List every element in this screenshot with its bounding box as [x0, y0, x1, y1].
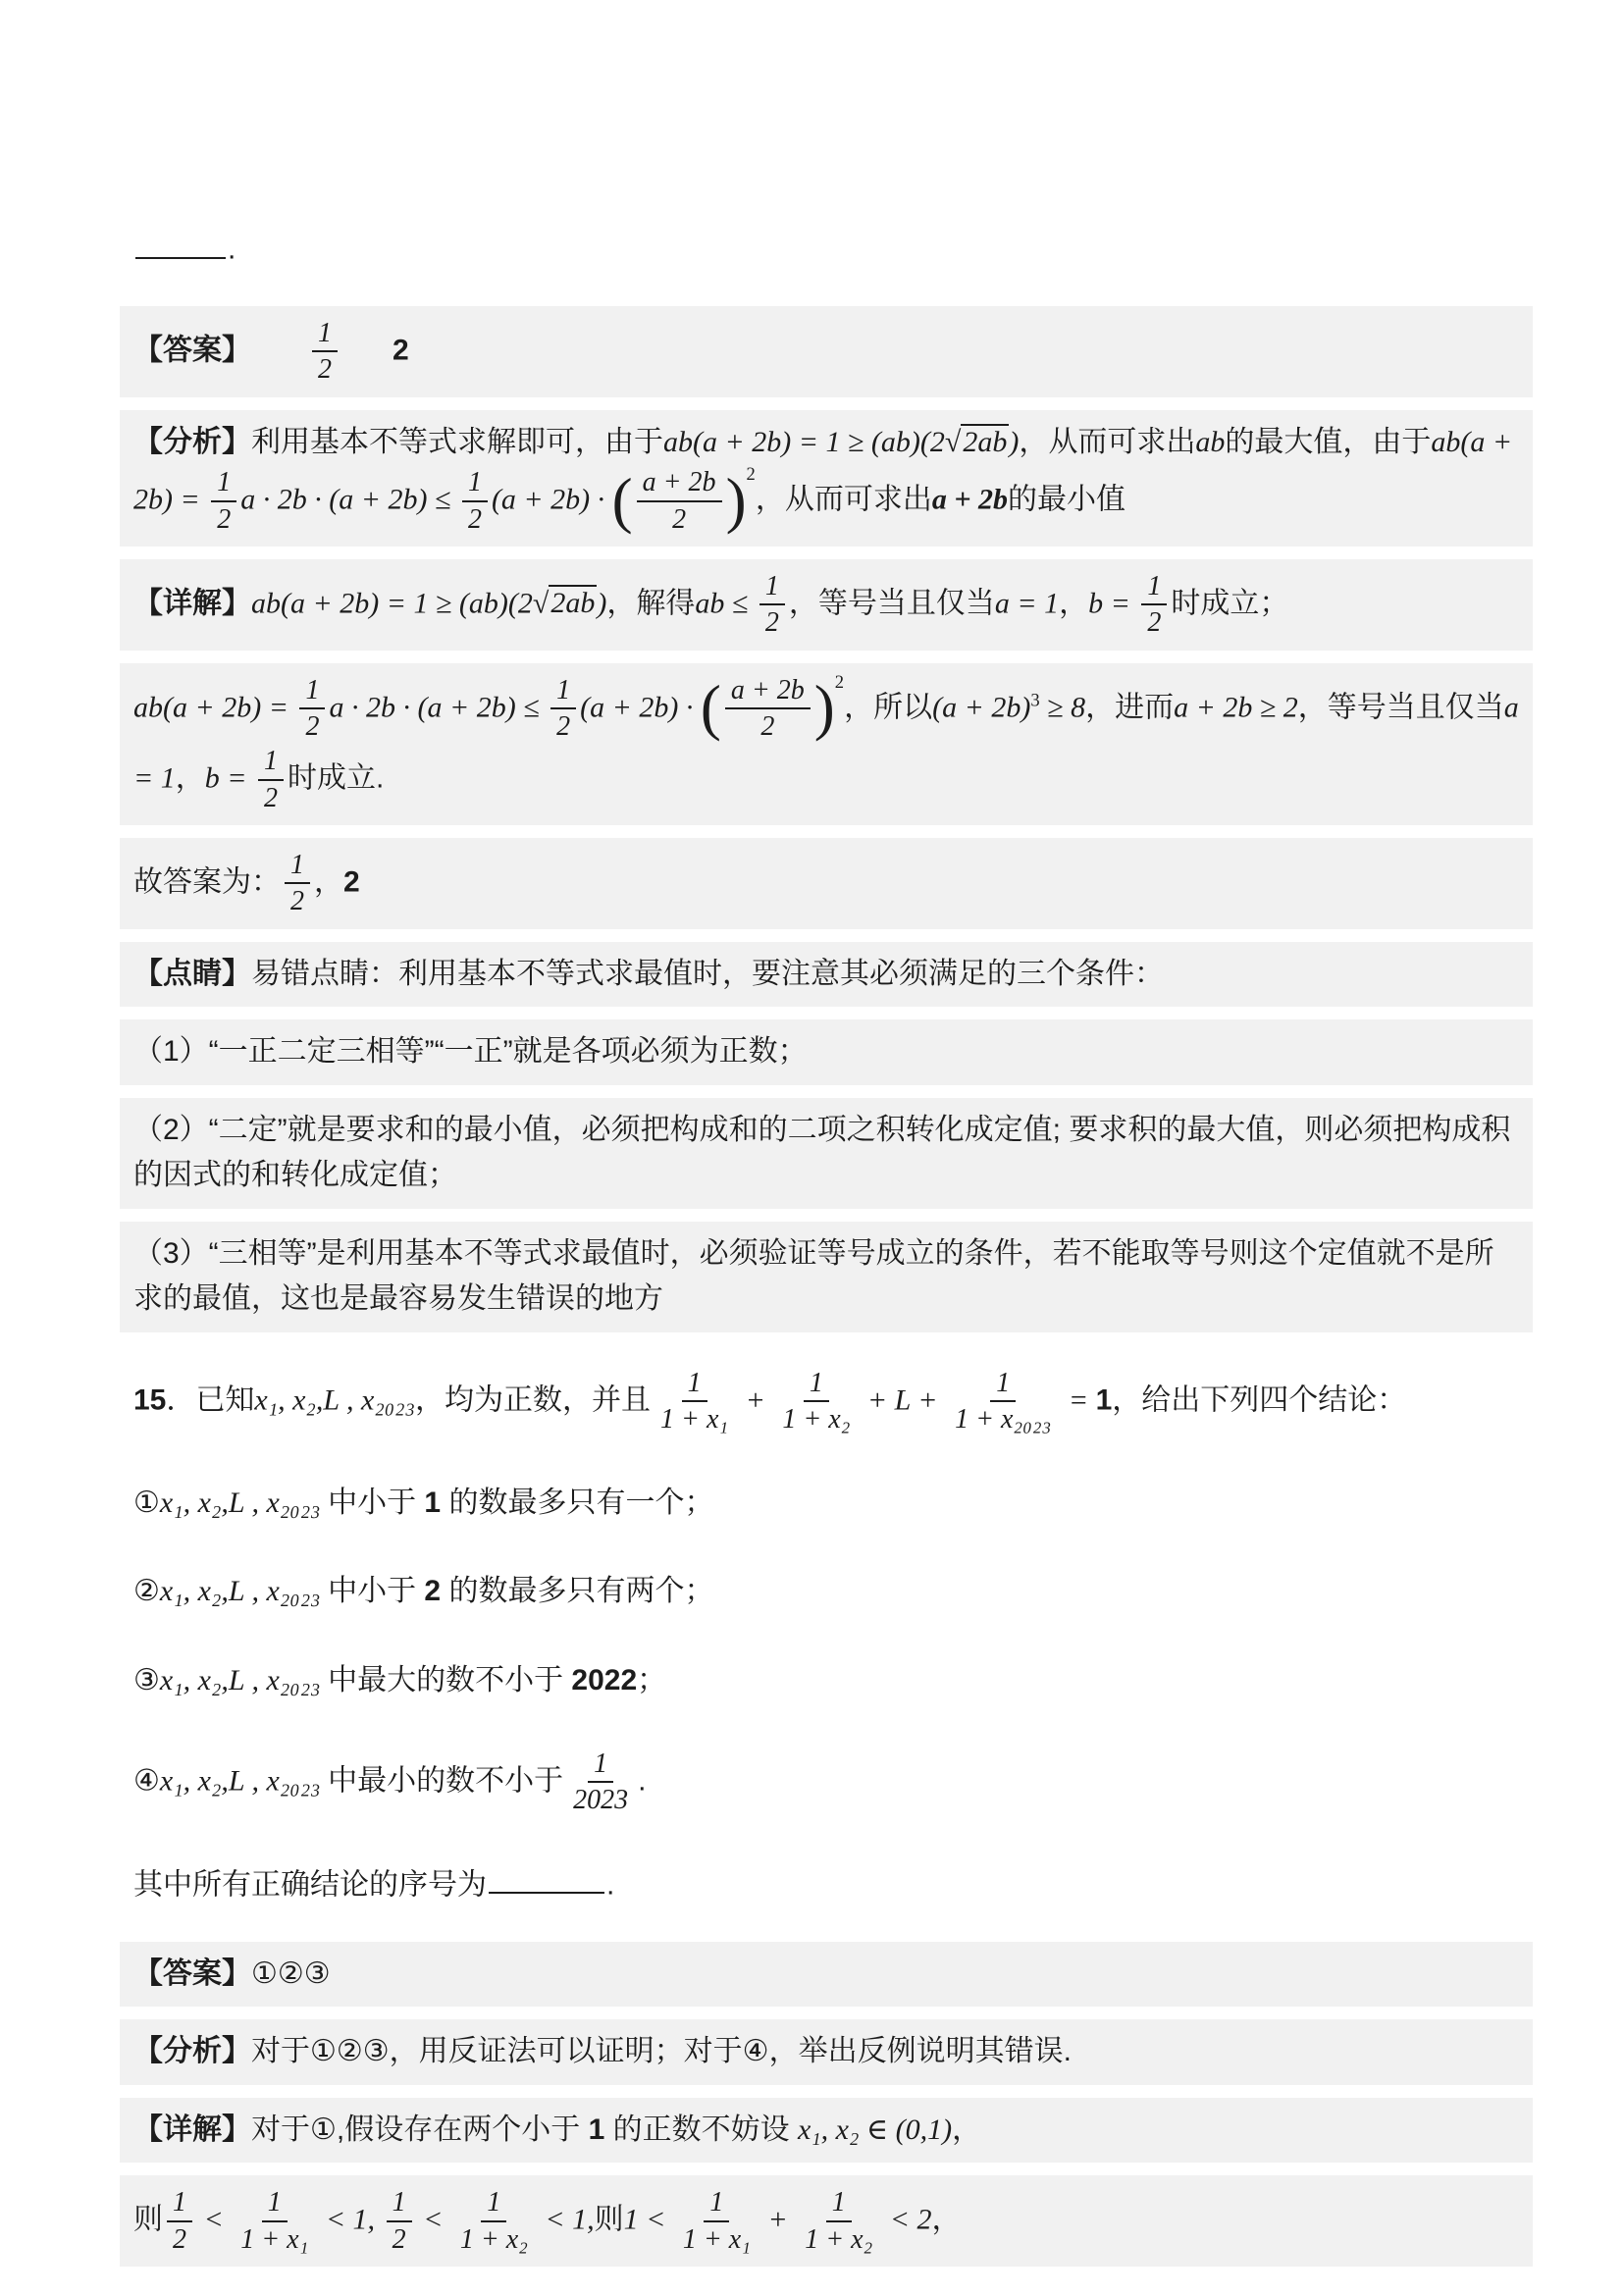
text-run: ，: [1059, 587, 1088, 619]
text-run: 中小于: [328, 1487, 424, 1519]
bold-number: 1: [424, 1487, 441, 1519]
fraction-denominator: 1 + x₂: [799, 2222, 878, 2255]
math-run: a · 2b · (a + 2b) ≤: [240, 484, 458, 516]
fraction-denominator: 2: [666, 502, 692, 535]
bold-number: 1: [589, 2113, 605, 2146]
text-run: ，所以: [844, 691, 932, 723]
text-run: ，等号当且仅当: [1298, 691, 1504, 723]
text-run: 对于①②③，用反证法可以证明；对于④，举出反例说明其错误.: [251, 2035, 1072, 2067]
math-document-page: .【答案】122【分析】利用基本不等式求解即可，由于ab(a + 2b) = 1…: [0, 0, 1623, 2296]
fraction-numerator: 1: [704, 2187, 729, 2221]
fraction-denominator: 2: [285, 884, 310, 916]
math-run: b =: [1088, 587, 1137, 619]
bold-number: 2022: [571, 1664, 637, 1696]
math-fraction: 11 + x₁: [677, 2187, 757, 2255]
fraction-numerator: 1: [759, 571, 785, 605]
paren-content: a + 2b2: [633, 465, 726, 537]
fill-in-blank: [135, 226, 226, 259]
math-run: ab(a + 2b) = 1 ≥ (ab)(2: [251, 587, 533, 619]
math-fraction: 12: [211, 467, 236, 535]
math-fraction: 11 + x₂: [454, 2187, 534, 2255]
text-run: ，: [314, 865, 343, 898]
math-run: x₁, x₂,L , x₂₀₂₃: [160, 1487, 328, 1519]
math-fraction: 12: [759, 571, 785, 639]
text-run: ，解得: [606, 587, 695, 619]
bold-number: 1: [1096, 1383, 1113, 1416]
fraction-denominator: 2: [258, 781, 284, 813]
text-run: （1）“一正二定三相等”“一正”就是各项必须为正数；: [133, 1035, 808, 1068]
math-fraction: 11 + x₂: [776, 1368, 856, 1435]
text-run: 其中所有正确结论的序号为: [133, 1868, 487, 1901]
math-fraction: 12: [550, 675, 576, 743]
fraction-numerator: 1: [258, 746, 284, 780]
text-run: 易错点睛：利用基本不等式求最值时，要注意其必须满足的三个条件：: [251, 958, 1164, 990]
text-run: 的最小值: [1008, 484, 1126, 516]
conclusion-1: 故答案为：12，2: [120, 838, 1533, 929]
fraction-numerator: 1: [1141, 571, 1167, 605]
fraction-denominator: 2023: [567, 1783, 634, 1815]
text-run: ④: [133, 1764, 160, 1797]
answer-block-15: 【答案】①②③: [120, 1942, 1533, 2008]
math-run: <: [196, 2204, 231, 2236]
blank-answer-line: .: [120, 216, 1533, 283]
fraction-numerator: 1: [211, 467, 236, 501]
math-run: ab(a + 2b) = 1 ≥ (ab)(2: [663, 426, 945, 458]
math-fraction: 12: [312, 318, 338, 386]
fraction-denominator: 1 + x₂: [776, 1402, 856, 1435]
radical-sign: √: [533, 587, 549, 619]
math-run: (a + 2b): [932, 691, 1030, 723]
text-run: ，: [952, 2113, 981, 2146]
fraction-numerator: 1: [462, 467, 488, 501]
text-run: ②: [133, 1575, 160, 1607]
fraction-denominator: 1 + x₁: [677, 2222, 757, 2255]
math-run: + L +: [860, 1383, 945, 1416]
text-run: ，给出下列四个结论：: [1112, 1383, 1406, 1416]
math-run: < 2: [882, 2204, 931, 2236]
text-run: 的正数不妨设: [604, 2113, 798, 2146]
math-fraction: 12: [167, 2187, 192, 2255]
fraction-numerator: 1: [682, 1368, 707, 1402]
math-fraction: 11 + x₂: [799, 2187, 878, 2255]
math-fraction: 11 + x₁: [654, 1368, 734, 1435]
math-fraction: 12023: [567, 1748, 634, 1816]
question-15-option-1: ①x₁, x₂,L , x₂₀₂₃ 中小于 1 的数最多只有一个；: [120, 1471, 1533, 1537]
math-run: 1 <: [624, 2204, 673, 2236]
fraction-numerator: 1: [550, 675, 576, 709]
math-run: ab(a + 2b) =: [133, 691, 295, 723]
fraction-denominator: 2: [1141, 605, 1167, 638]
section-label: 【分析】: [133, 2035, 251, 2067]
math-run-bold: a + 2b: [932, 484, 1008, 516]
text-run: ；: [637, 1664, 666, 1696]
text-run: ，进而: [1085, 691, 1174, 723]
detail-1-line-2: ab(a + 2b) = 12a · 2b · (a + 2b) ≤ 12(a …: [120, 663, 1533, 825]
question-15-stem: 15．已知x₁, x₂,L , x₂₀₂₃，均为正数，并且11 + x₁ + 1…: [120, 1356, 1533, 1447]
math-run: ab ≤: [695, 587, 755, 619]
text-run: 的数最多只有一个；: [441, 1487, 713, 1519]
bold-number: 2: [424, 1575, 441, 1607]
section-label: 【详解】: [133, 2113, 251, 2146]
section-label: 【点睛】: [133, 958, 251, 990]
fraction-denominator: 1 + x₂: [454, 2222, 534, 2255]
math-superscript: 3: [1030, 690, 1039, 710]
fraction-denominator: 1 + x₁: [654, 1402, 734, 1435]
text-run: 时成立.: [288, 762, 384, 795]
answer-block-1: 【答案】122: [120, 306, 1533, 397]
fraction-denominator: 2: [167, 2222, 192, 2255]
section-label: 【答案】: [133, 334, 251, 366]
fraction-numerator: 1: [804, 1368, 829, 1402]
fraction-denominator: 2: [312, 352, 338, 385]
text-run: .: [638, 1764, 646, 1797]
radical-body: 2ab: [961, 424, 1009, 458]
text-run: .: [228, 234, 236, 266]
question-15-option-4: ④x₁, x₂,L , x₂₀₂₃ 中最小的数不小于12023.: [120, 1737, 1533, 1828]
math-run: x₁, x₂,L , x₂₀₂₃: [160, 1764, 328, 1797]
radical-sign: √: [945, 426, 961, 458]
math-fraction: 12: [258, 746, 284, 813]
math-run: a = 1: [995, 587, 1059, 619]
fraction-numerator: 1: [285, 850, 310, 884]
math-fraction: 12: [299, 675, 325, 743]
analysis-block-1: 【分析】利用基本不等式求解即可，由于ab(a + 2b) = 1 ≥ (ab)(…: [120, 410, 1533, 547]
text-run: ，: [932, 2204, 962, 2236]
math-run: ): [1009, 426, 1019, 458]
tip-item-1: （1）“一正二定三相等”“一正”就是各项必须为正数；: [120, 1019, 1533, 1085]
math-fraction: 11 + x₂₀₂₃: [949, 1368, 1057, 1435]
math-run: +: [760, 2204, 795, 2236]
fraction-numerator: a + 2b: [637, 467, 722, 501]
math-run: a · 2b · (a + 2b) ≤: [329, 691, 547, 723]
math-fraction: a + 2b2: [725, 675, 811, 743]
math-run: (a + 2b) ·: [580, 691, 701, 723]
math-run: b =: [205, 762, 254, 795]
math-fraction: 12: [387, 2187, 412, 2255]
left-paren: (: [701, 682, 721, 735]
section-label: 【详解】: [133, 587, 251, 619]
math-run: x₁, x₂ ∈ (0,1): [798, 2113, 952, 2146]
right-paren: ): [814, 682, 835, 735]
bold-number: 2: [393, 334, 409, 366]
fraction-denominator: 2: [462, 502, 488, 535]
text-run: 中最小的数不小于: [328, 1764, 563, 1797]
text-run: 则: [133, 2204, 163, 2236]
tip-item-2: （2）“二定”就是要求和的最小值，必须把构成和的二项之积转化成定值; 要求积的最…: [120, 1098, 1533, 1209]
bold-number: 15: [133, 1383, 166, 1416]
math-radical: √2ab: [533, 585, 597, 619]
fraction-numerator: 1: [167, 2187, 192, 2221]
fraction-denominator: 1 + x₂₀₂₃: [949, 1402, 1057, 1435]
text-run: 利用基本不等式求解即可，由于: [251, 426, 663, 458]
section-label: 【答案】: [133, 1957, 251, 1990]
math-run: <: [416, 2204, 450, 2236]
fraction-numerator: 1: [990, 1368, 1016, 1402]
text-run: 故答案为：: [133, 865, 281, 898]
fraction-numerator: 1: [481, 2187, 506, 2221]
math-run: +: [738, 1383, 772, 1416]
fill-in-blank: [489, 1861, 604, 1895]
math-run: x₁, x₂,L , x₂₀₂₃: [160, 1664, 328, 1696]
math-run: ab: [1195, 426, 1225, 458]
question-15-option-2: ②x₁, x₂,L , x₂₀₂₃ 中小于 2 的数最多只有两个；: [120, 1559, 1533, 1625]
tip-header: 【点睛】易错点睛：利用基本不等式求最值时，要注意其必须满足的三个条件：: [120, 942, 1533, 1008]
paren-exponent: 2: [747, 461, 756, 490]
fraction-numerator: 1: [387, 2187, 412, 2221]
document-content: .【答案】122【分析】利用基本不等式求解即可，由于ab(a + 2b) = 1…: [120, 216, 1533, 2267]
detail-15-line-2: 则12 < 11 + x₁ < 1, 12 < 11 + x₂ < 1,则1 <…: [120, 2175, 1533, 2267]
text-run: 对于①,假设存在两个小于: [251, 2113, 589, 2146]
math-run: =: [1061, 1383, 1095, 1416]
text-run: 的数最多只有两个；: [441, 1575, 713, 1607]
text-run: 的最大值，由于: [1225, 426, 1431, 458]
text-run: ，从而可求出: [1019, 426, 1195, 458]
math-run: ≥ 8: [1040, 691, 1085, 723]
math-parenthesized-group: (a + 2b2)2: [701, 673, 844, 745]
detail-1-line-1: 【详解】ab(a + 2b) = 1 ≥ (ab)(2√2ab)，解得ab ≤ …: [120, 559, 1533, 651]
right-paren: ): [726, 475, 747, 528]
tip-item-3: （3）“三相等”是利用基本不等式求最值时，必须验证等号成立的条件，若不能取等号则…: [120, 1222, 1533, 1332]
question-15-option-3: ③x₁, x₂,L , x₂₀₂₃ 中最大的数不小于 2022；: [120, 1648, 1533, 1714]
paren-content: a + 2b2: [721, 673, 814, 745]
section-label: 【分析】: [133, 426, 251, 458]
fraction-denominator: 2: [299, 709, 325, 742]
text-run: ，均为正数，并且: [415, 1383, 651, 1416]
text-run: 中最大的数不小于: [328, 1664, 571, 1696]
math-fraction: 12: [462, 467, 488, 535]
math-run: ): [597, 587, 606, 619]
radical-body: 2ab: [549, 585, 597, 619]
fraction-denominator: 2: [759, 605, 785, 638]
text-run: .: [606, 1868, 614, 1901]
left-paren: (: [612, 475, 633, 528]
fraction-denominator: 1 + x₁: [235, 2222, 314, 2255]
text-run: 时成立；: [1171, 587, 1288, 619]
fraction-numerator: 1: [312, 318, 338, 352]
fraction-denominator: 2: [550, 709, 576, 742]
fraction-denominator: 2: [387, 2222, 412, 2255]
bold-number: 2: [343, 865, 360, 898]
question-15-blank: 其中所有正确结论的序号为.: [120, 1852, 1533, 1918]
math-run: x₁, x₂,L , x₂₀₂₃: [160, 1575, 328, 1607]
math-run: < 1,: [318, 2204, 382, 2236]
fraction-numerator: 1: [299, 675, 325, 709]
text-run: 则: [595, 2204, 624, 2236]
text-run: （3）“三相等”是利用基本不等式求最值时，必须验证等号成立的条件，若不能取等号则…: [133, 1237, 1494, 1316]
math-run: a + 2b ≥ 2: [1174, 691, 1298, 723]
text-run: ，从而可求出: [756, 484, 932, 516]
text-run: ，: [176, 762, 205, 795]
text-run: ．已知: [166, 1383, 254, 1416]
text-run: 中小于: [328, 1575, 424, 1607]
fraction-numerator: 1: [262, 2187, 288, 2221]
paren-exponent: 2: [835, 669, 844, 698]
text-run: ①②③: [251, 1957, 331, 1990]
fraction-denominator: 2: [211, 502, 236, 535]
text-run: （2）“二定”就是要求和的最小值，必须把构成和的二项之积转化成定值; 要求积的最…: [133, 1114, 1510, 1192]
math-fraction: 11 + x₁: [235, 2187, 314, 2255]
math-run: < 1,: [538, 2204, 595, 2236]
detail-15-line-1: 【详解】对于①,假设存在两个小于 1 的正数不妨设 x₁, x₂ ∈ (0,1)…: [120, 2098, 1533, 2164]
fraction-numerator: 1: [826, 2187, 852, 2221]
math-fraction: 12: [1141, 571, 1167, 639]
text-run: ①: [133, 1487, 160, 1519]
text-run: ③: [133, 1664, 160, 1696]
fraction-numerator: 1: [588, 1748, 613, 1783]
text-run: ，等号当且仅当: [789, 587, 995, 619]
math-fraction: 12: [285, 850, 310, 917]
math-parenthesized-group: (a + 2b2)2: [612, 465, 756, 537]
math-radical: √2ab: [945, 424, 1009, 458]
math-fraction: a + 2b2: [637, 467, 722, 535]
math-run: x₁, x₂,L , x₂₀₂₃: [254, 1383, 415, 1416]
fraction-numerator: a + 2b: [725, 675, 811, 709]
analysis-block-15: 【分析】对于①②③，用反证法可以证明；对于④，举出反例说明其错误.: [120, 2019, 1533, 2085]
fraction-denominator: 2: [755, 709, 780, 742]
math-run: (a + 2b) ·: [492, 484, 612, 516]
